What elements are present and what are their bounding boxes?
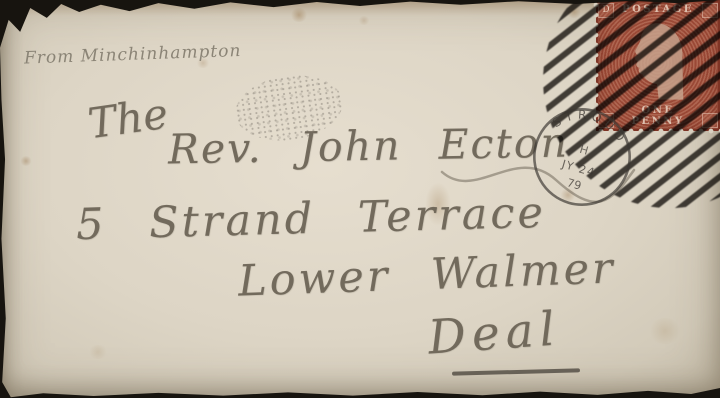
postmark-date: JY 24 [559,157,597,179]
pencil-note: From Minchinhampton [24,39,285,68]
foxing-spot [358,16,370,25]
envelope-scan: From Minchinhampton The Rev. John Ecton … [0,0,720,398]
postmark-year: 79 [565,176,582,192]
foxing-spot [20,156,32,166]
address-underline-flourish [452,368,580,375]
address-city: Deal [426,301,562,365]
foxing-spot [648,318,682,344]
address-salutation: The [85,89,171,149]
envelope: From Minchinhampton The Rev. John Ecton … [0,0,720,398]
postmark-index-letter: H [578,143,590,158]
foxing-spot [290,8,308,22]
address-town: Lower Walmer [237,243,616,306]
foxing-spot [88,345,108,359]
